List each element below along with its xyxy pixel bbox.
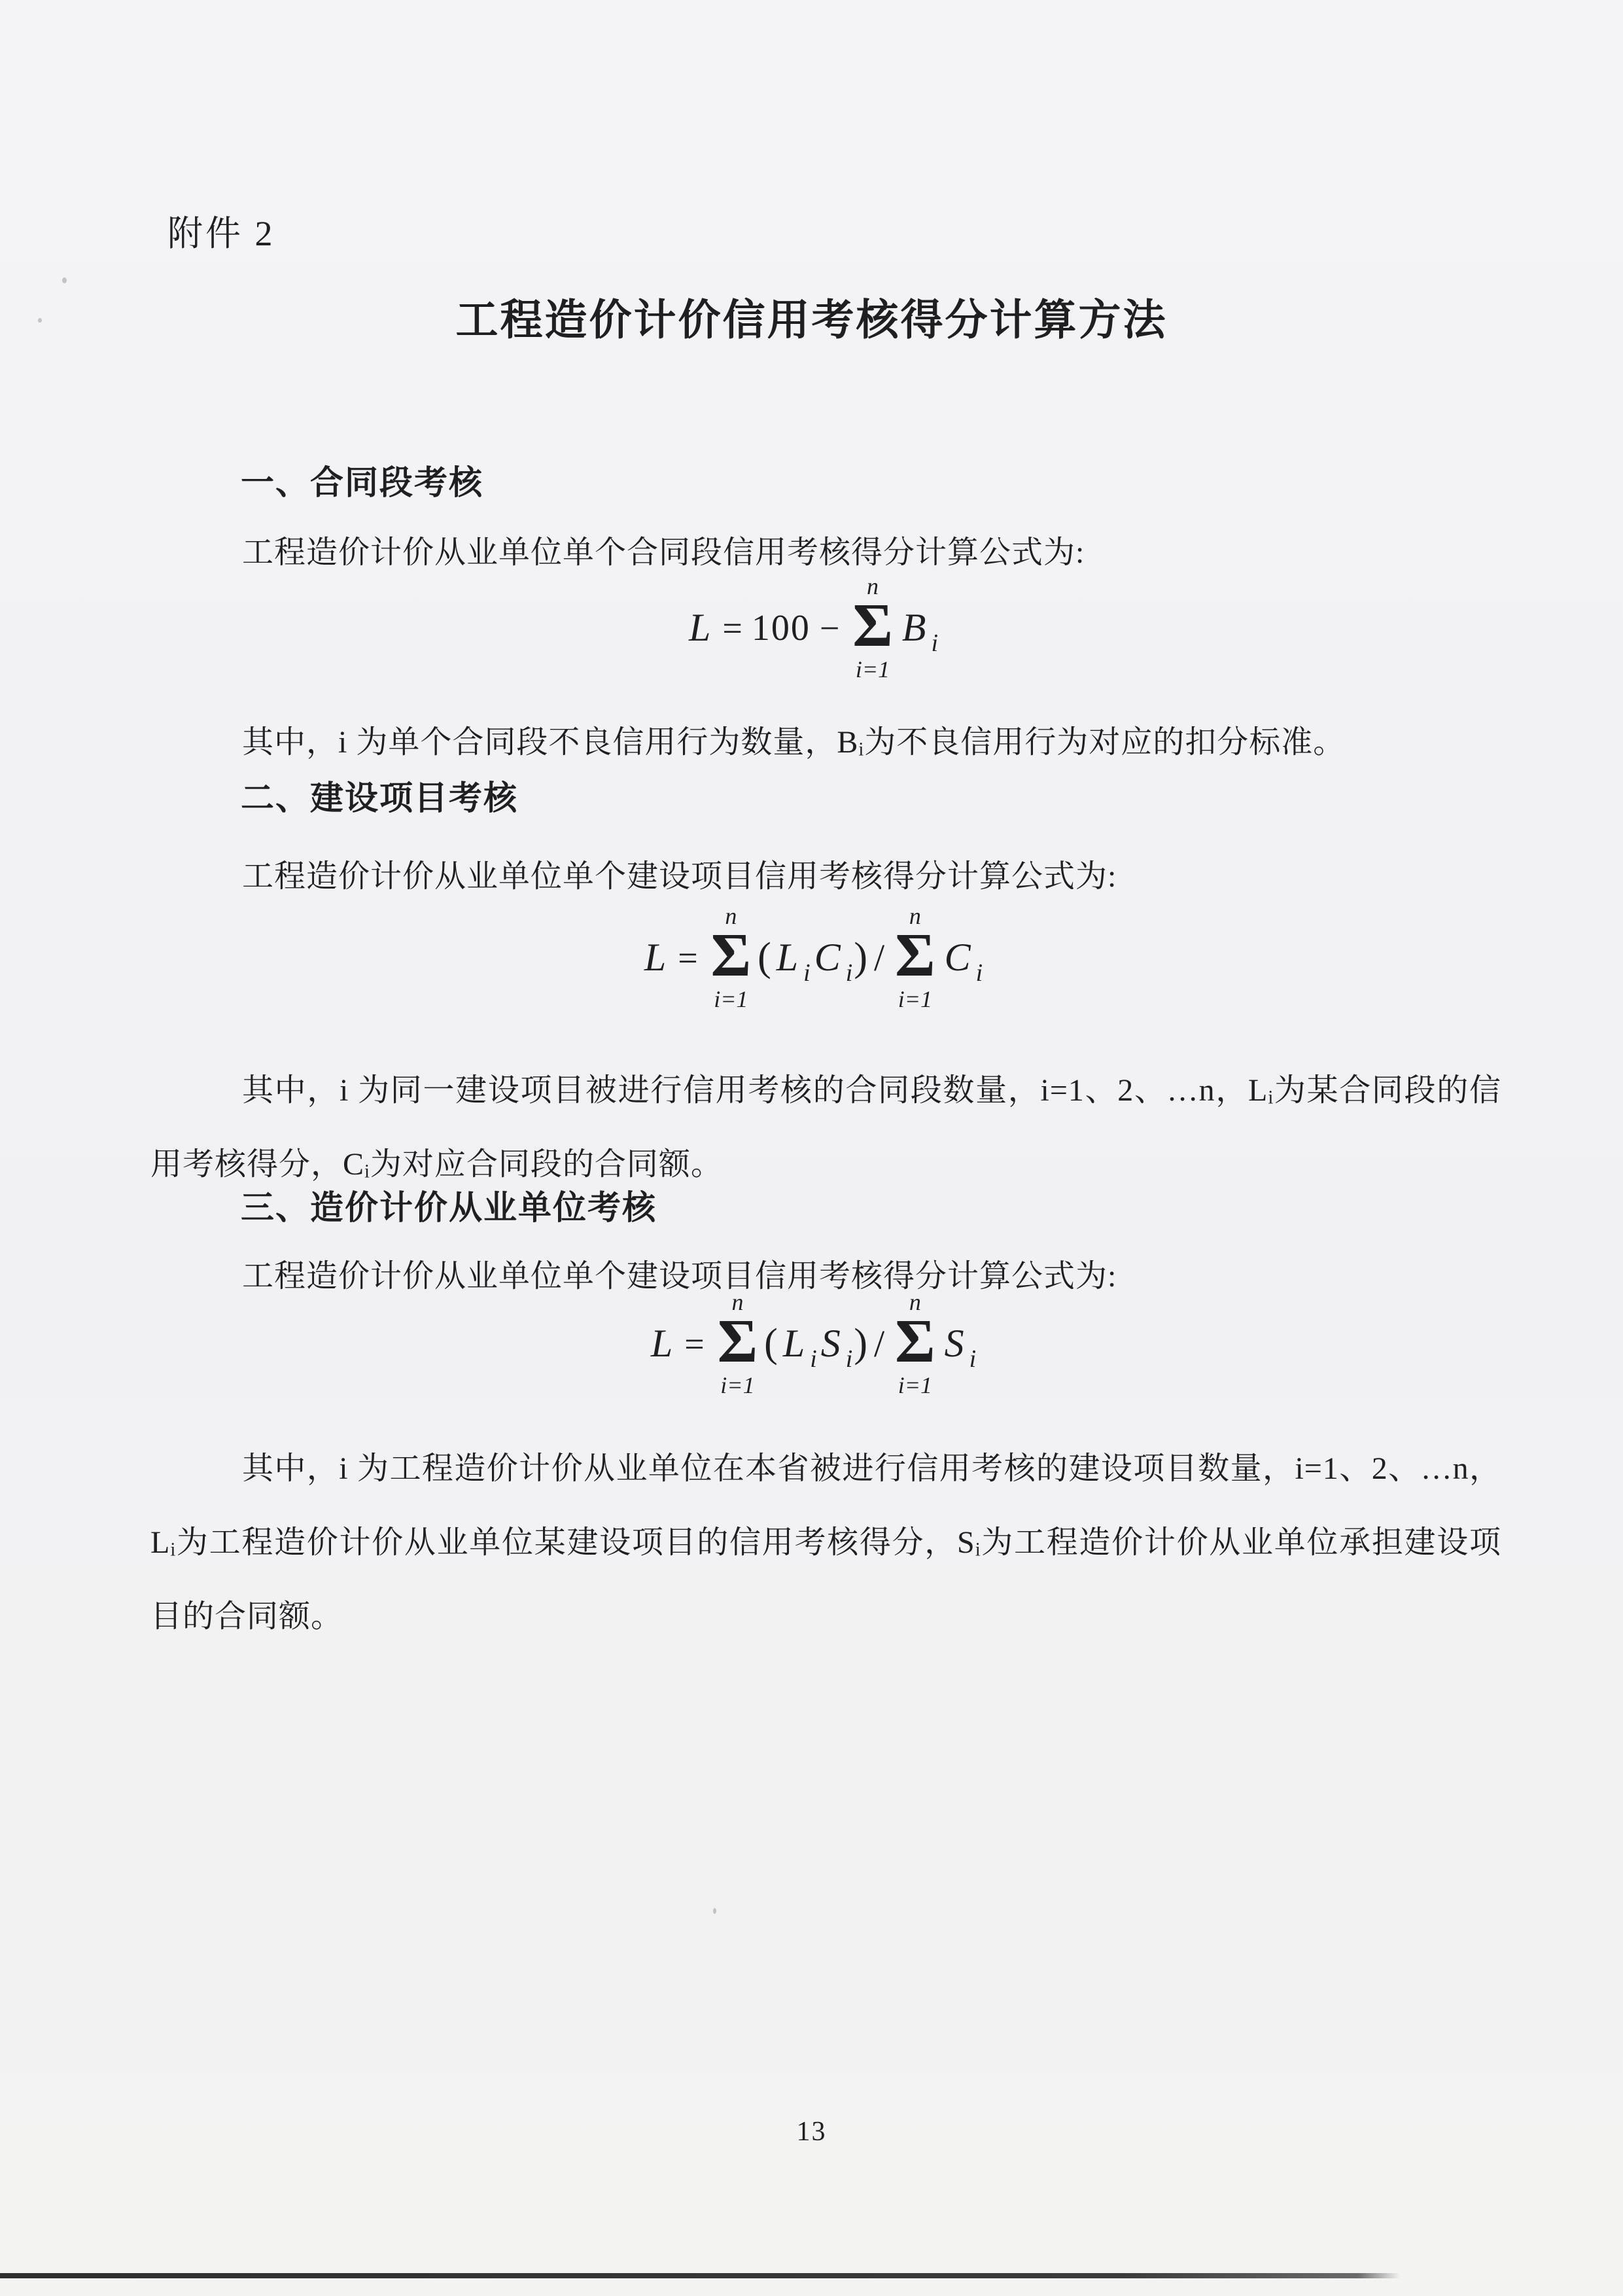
document-title: 工程造价计价信用考核得分计算方法	[0, 285, 1623, 347]
term-base: L	[779, 1321, 809, 1366]
term-base: L	[773, 935, 802, 980]
attachment-label: 附件 2	[167, 205, 275, 256]
sigma-symbol: Σ	[852, 601, 892, 651]
term-base: B	[898, 605, 930, 650]
summation-lower-bound: i=1	[856, 658, 890, 681]
sigma-symbol: Σ	[895, 930, 935, 981]
term-base: S	[817, 1321, 845, 1366]
term-Si: S i	[817, 1321, 853, 1366]
section-2-heading: 二、建设项目考核	[241, 771, 518, 819]
term-subscript: i	[846, 959, 853, 987]
sigma-symbol: Σ	[895, 1316, 935, 1367]
summation-lower-bound: i=1	[898, 1373, 932, 1397]
section-3-note: 其中，i 为工程造价计价从业单位在本省被进行信用考核的建设项目数量，i=1、2、…	[150, 1432, 1501, 1653]
term-base: C	[811, 935, 845, 980]
equals-sign: =	[714, 608, 750, 648]
term-Li: L i	[779, 1321, 817, 1366]
constant-100: 100	[750, 607, 812, 649]
section-3-heading: 三、造价计价从业单位考核	[241, 1180, 657, 1229]
term-subscript: i	[931, 629, 938, 658]
page-number: 13	[0, 2116, 1623, 2147]
section-2-intro: 工程造价计价从业单位单个建设项目信用考核得分计算公式为:	[150, 839, 1501, 913]
sigma-symbol: Σ	[711, 930, 751, 981]
formula-contract-section: L = 100 − n Σ i=1 B i	[0, 574, 1623, 681]
paren-close: )	[852, 1320, 869, 1367]
formula-construction-project: L = n Σ i=1 ( L i C i ) / n Σ i=1 C i	[0, 904, 1623, 1011]
term-base: S	[941, 1321, 968, 1366]
divide-slash: /	[869, 1322, 890, 1366]
scan-speck	[38, 318, 42, 323]
formula-lhs: L	[647, 1321, 676, 1366]
scan-edge-line	[0, 2273, 1400, 2278]
summation-lower-bound: i=1	[714, 987, 748, 1011]
term-subscript: i	[803, 959, 811, 987]
summation: n Σ i=1	[852, 574, 892, 681]
paren-close: )	[852, 934, 869, 981]
paren-open: (	[763, 1320, 779, 1367]
scan-speck	[62, 277, 67, 283]
summation-numerator: n Σ i=1	[718, 1290, 758, 1397]
section-2-note: 其中，i 为同一建设项目被进行信用考核的合同段数量，i=1、2、…n，Lᵢ为某合…	[150, 1053, 1501, 1201]
section-1-heading: 一、合同段考核	[241, 455, 483, 504]
divide-slash: /	[869, 936, 890, 980]
sigma-symbol: Σ	[718, 1316, 758, 1367]
paren-open: (	[756, 934, 773, 981]
term-Ci: C i	[811, 935, 853, 980]
term-base: C	[941, 935, 975, 980]
term-Si-denominator: S i	[941, 1321, 977, 1366]
term-subscript: i	[810, 1345, 817, 1373]
scanned-document-page: 附件 2 工程造价计价信用考核得分计算方法 一、合同段考核 工程造价计价从业单位…	[0, 0, 1623, 2296]
formula-lhs: L	[685, 605, 714, 650]
equals-sign: =	[670, 938, 705, 978]
term-subscript: i	[969, 1345, 977, 1373]
formula-lhs: L	[640, 935, 670, 980]
equals-sign: =	[676, 1324, 712, 1364]
summation-numerator: n Σ i=1	[711, 904, 751, 1011]
formula-practice-unit: L = n Σ i=1 ( L i S i ) / n Σ i=1 S i	[0, 1290, 1623, 1397]
summation-denominator: n Σ i=1	[895, 904, 935, 1011]
section-1-note: 其中，i 为单个合同段不良信用行为数量，Bᵢ为不良信用行为对应的扣分标准。	[150, 705, 1501, 779]
summation-denominator: n Σ i=1	[895, 1290, 935, 1397]
term-Bi: B i	[898, 605, 938, 650]
term-Li: L i	[773, 935, 811, 980]
summation-lower-bound: i=1	[720, 1373, 754, 1397]
minus-sign: −	[812, 608, 847, 648]
term-subscript: i	[976, 959, 983, 987]
term-Ci-denominator: C i	[941, 935, 983, 980]
summation-lower-bound: i=1	[898, 987, 932, 1011]
scan-speck	[713, 1908, 716, 1914]
term-subscript: i	[846, 1345, 853, 1373]
